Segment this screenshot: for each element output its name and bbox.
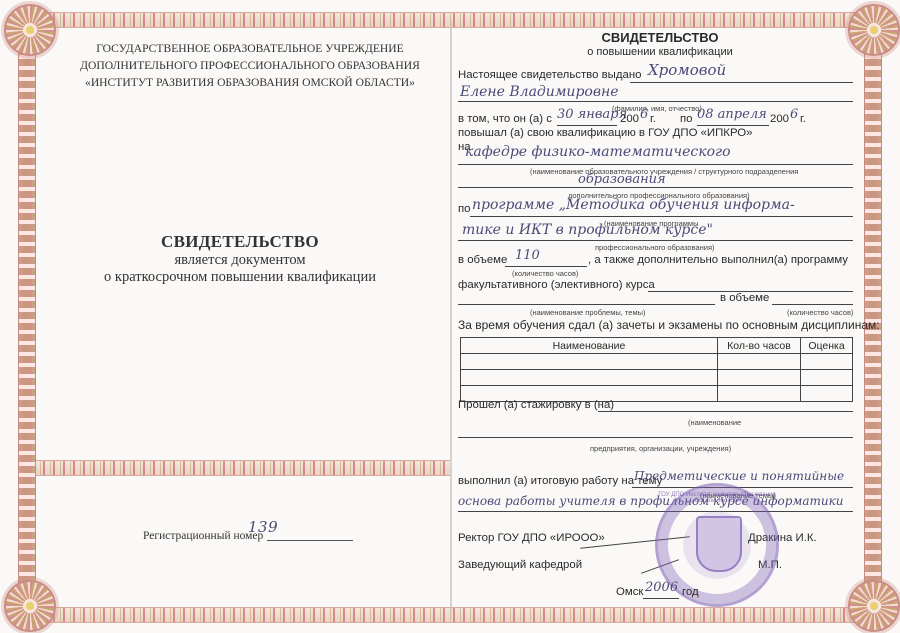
rector-label: Ректор ГОУ ДПО «ИРООО» <box>458 532 605 544</box>
exams-label: За время обучения сдал (а) зачеты и экза… <box>458 318 880 332</box>
table-header: Оценка <box>801 338 853 354</box>
program-name-cont: тике и ИКТ в профильном курсе" <box>462 222 713 238</box>
table-row <box>461 370 853 386</box>
final-work-label: выполнил (а) итоговую работу на тему <box>458 475 662 487</box>
department-name: кафедре физико-математического <box>465 144 731 160</box>
certificate-title-block: СВИДЕТЕЛЬСТВО о повышении квалификации <box>540 30 780 59</box>
registration-number: 139 <box>248 518 278 536</box>
final-work-topic-cont: основа работы учителя в профильном курсе… <box>458 494 844 508</box>
program-caption: профессионального образования) <box>595 243 715 252</box>
year-suffix: г. <box>650 113 656 125</box>
corner-rosette-icon <box>848 580 900 632</box>
head-label: Заведующий кафедрой <box>458 559 582 571</box>
coat-of-arms-icon <box>696 516 742 572</box>
border-right <box>864 30 882 600</box>
year-label: год <box>682 586 699 598</box>
corner-rosette-icon <box>4 580 56 632</box>
internship-label: Прошел (а) стажировку в (на) <box>458 399 614 411</box>
hours-caption: (количество часов) <box>512 269 578 278</box>
program-prefix: по <box>458 203 471 215</box>
final-work-topic: Предметические и понятийные <box>634 469 844 483</box>
hours-caption: (количество часов) <box>787 308 853 317</box>
cover-subtitle: является документом <box>80 252 400 269</box>
border-middle <box>30 460 450 476</box>
topic-caption: (наименование проблемы, темы) <box>530 308 646 317</box>
date-from: 30 января <box>557 107 627 122</box>
department-name-cont: образования <box>578 172 666 187</box>
table-row <box>461 354 853 370</box>
border-left <box>18 30 36 600</box>
header-line: «ИНСТИТУТ РАЗВИТИЯ ОБРАЗОВАНИЯ ОМСКОЙ ОБ… <box>60 74 440 91</box>
volume-hours: 110 <box>515 248 540 263</box>
cover-title: СВИДЕТЕЛЬСТВО <box>80 232 400 252</box>
internship-caption: (наименование <box>688 418 741 427</box>
certificate-title: СВИДЕТЕЛЬСТВО <box>540 30 780 45</box>
year-prefix: 200 <box>620 113 639 125</box>
recipient-surname: Хромовой <box>648 61 726 79</box>
period-to-label: по <box>680 113 693 125</box>
institution-header: ГОСУДАРСТВЕННОЕ ОБРАЗОВАТЕЛЬНОЕ УЧРЕЖДЕН… <box>60 40 440 91</box>
table-header: Наименование <box>461 338 718 354</box>
corner-rosette-icon <box>848 4 900 56</box>
program-name: программе „Методика обучения информа- <box>472 197 795 213</box>
cover-subtitle: о краткосрочном повышении квалификации <box>80 269 400 286</box>
city-label: Омск <box>616 586 643 598</box>
year-digit: 6 <box>790 107 798 122</box>
issued-to-label: Настоящее свидетельство выдано <box>458 69 641 81</box>
qualification-line: повышал (а) свою квалификацию в ГОУ ДПО … <box>458 127 753 139</box>
corner-rosette-icon <box>4 4 56 56</box>
year-digit: 6 <box>640 107 648 122</box>
elective-label: факультативного (элективного) курса <box>458 279 655 291</box>
stamp-text: ГОУ ДПО Институт развития образования Ом… <box>658 492 776 504</box>
header-line: ДОПОЛНИТЕЛЬНОГО ПРОФЕССИОНАЛЬНОГО ОБРАЗО… <box>60 57 440 74</box>
certificate-subtitle: о повышении квалификации <box>540 45 780 59</box>
certificate-spread: ГОСУДАРСТВЕННОЕ ОБРАЗОВАТЕЛЬНОЕ УЧРЕЖДЕН… <box>0 0 900 633</box>
fold-line <box>450 22 452 612</box>
disciplines-table: Наименование Кол-во часов Оценка <box>460 337 853 402</box>
recipient-name: Елене Владимировне <box>460 84 618 100</box>
volume-suffix: , а также дополнительно выполнил(а) прог… <box>588 254 848 266</box>
year-prefix: 200 <box>770 113 789 125</box>
cover-title-block: СВИДЕТЕЛЬСТВО является документом о крат… <box>80 232 400 286</box>
issue-year: 2006 <box>645 580 678 595</box>
year-suffix: г. <box>800 113 806 125</box>
header-line: ГОСУДАРСТВЕННОЕ ОБРАЗОВАТЕЛЬНОЕ УЧРЕЖДЕН… <box>60 40 440 57</box>
registration-number-field: Регистрационный номер 139 <box>143 524 353 542</box>
period-label: в том, что он (а) с <box>458 113 552 125</box>
elective-volume-label: в объеме <box>720 292 769 304</box>
date-to: 08 апреля <box>697 107 767 122</box>
table-header: Кол-во часов <box>718 338 801 354</box>
registration-label: Регистрационный номер <box>143 530 263 542</box>
internship-caption: предприятия, организации, учреждения) <box>590 444 731 453</box>
volume-label: в объеме <box>458 254 507 266</box>
